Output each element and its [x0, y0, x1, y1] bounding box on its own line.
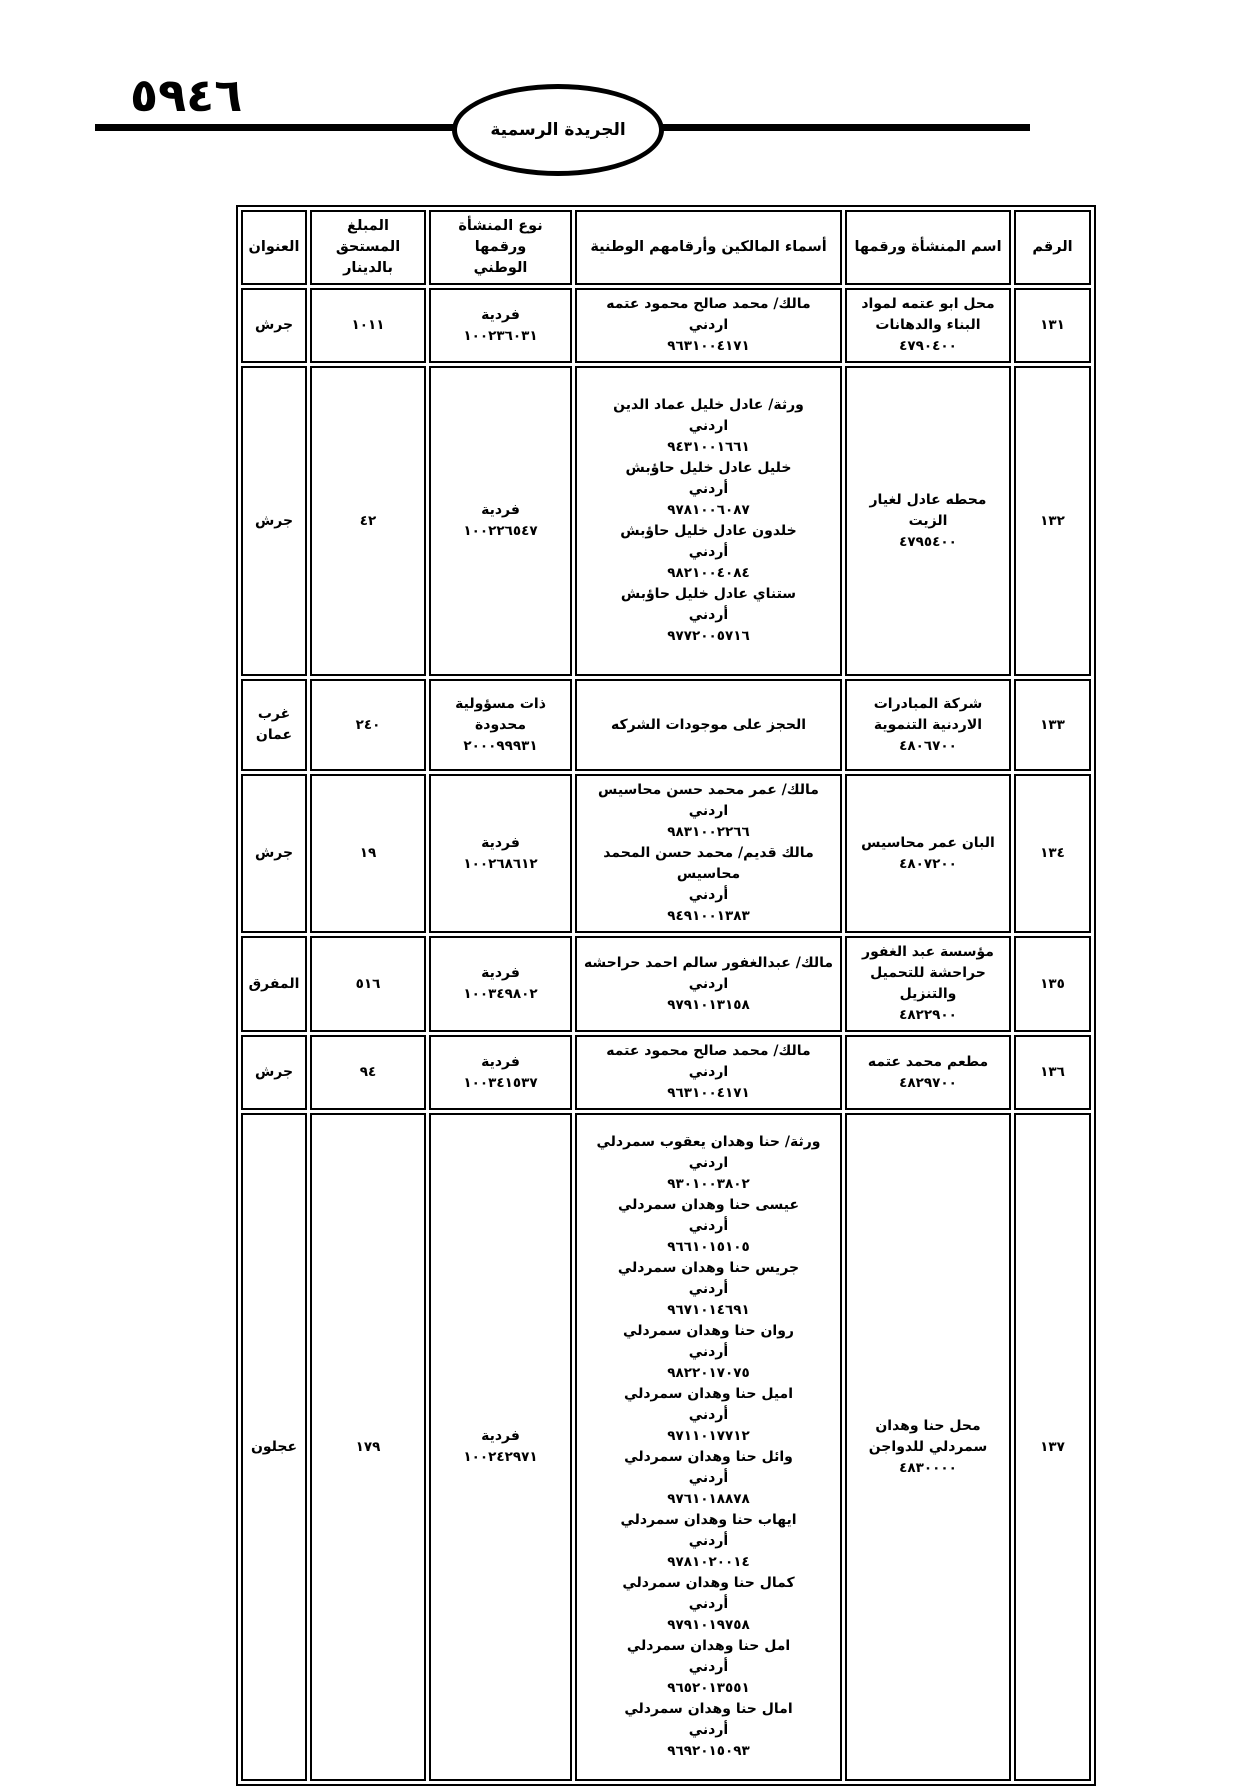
establishment-name: مؤسسة عبد الغفور حراحشة للتحميل والتنزيل: [850, 942, 1006, 1005]
owner-line: أردني: [580, 1657, 837, 1678]
establishment-name: محطه عادل لغيار الزيت: [850, 490, 1006, 532]
owner-line: أردني: [580, 1216, 837, 1237]
cell-amount: ٥١٦: [310, 936, 426, 1032]
cell-establishment: شركة المبادرات الاردنية التنموية٤٨٠٦٧٠٠: [845, 679, 1011, 771]
table-row: ١٣٥مؤسسة عبد الغفور حراحشة للتحميل والتن…: [241, 936, 1091, 1032]
owner-line: امل حنا وهدان سمردلي: [580, 1636, 837, 1657]
owner-line: امال حنا وهدان سمردلي: [580, 1699, 837, 1720]
table-row: ١٣٤البان عمر محاسيس٤٨٠٧٢٠٠مالك/ عمر محمد…: [241, 774, 1091, 933]
establishment-name: شركة المبادرات الاردنية التنموية: [850, 694, 1006, 736]
owner-line: روان حنا وهدان سمردلي: [580, 1321, 837, 1342]
owner-line: مالك/ محمد صالح محمود عتمه: [580, 294, 837, 315]
owner-national-number: ٩٦٥٢٠١٣٥٥١: [580, 1678, 837, 1699]
type-label: فردية: [434, 963, 567, 984]
table-row: ١٣٦مطعم محمد عتمه٤٨٢٩٧٠٠مالك/ محمد صالح …: [241, 1035, 1091, 1110]
col-header-amount: المبلغ المستحقبالدينار: [310, 210, 426, 285]
owner-line: أردني: [580, 1279, 837, 1300]
cell-amount: ٤٢: [310, 366, 426, 676]
table-head: الرقماسم المنشأة ورقمهاأسماء المالكين وأ…: [241, 210, 1091, 285]
owner-national-number: ٩٦٩٢٠١٥٠٩٣: [580, 1741, 837, 1762]
owner-line: أردني: [580, 605, 837, 626]
col-header-type-line1: نوع المنشأة ورقمها: [434, 216, 567, 258]
cell-establishment: مطعم محمد عتمه٤٨٢٩٧٠٠: [845, 1035, 1011, 1110]
cell-number: ١٣٧: [1014, 1113, 1091, 1781]
owner-line: أردني: [580, 885, 837, 906]
owner-line: اميل حنا وهدان سمردلي: [580, 1384, 837, 1405]
cell-type: فردية١٠٠٢٣٦٠٣١: [429, 288, 572, 363]
gazette-page: { "page": { "page_number": "٥٩٤٦", "gaze…: [0, 0, 1241, 1754]
owner-line: كمال حنا وهدان سمردلي: [580, 1573, 837, 1594]
owner-national-number: ٩٣٠١٠٠٣٨٠٢: [580, 1174, 837, 1195]
gazette-table: الرقماسم المنشأة ورقمهاأسماء المالكين وأ…: [236, 205, 1096, 1786]
establishment-number: ٤٨٠٦٧٠٠: [850, 736, 1006, 757]
owner-national-number: ٩٦٧١٠١٤٦٩١: [580, 1300, 837, 1321]
type-label: فردية: [434, 500, 567, 521]
cell-establishment: محل حنا وهدان سمردلي للدواجن٤٨٣٠٠٠٠: [845, 1113, 1011, 1781]
cell-type: فردية١٠٠٣٤٩٨٠٢: [429, 936, 572, 1032]
cell-address: جرش: [241, 774, 307, 933]
col-header-amount-line1: المبلغ المستحق: [315, 216, 421, 258]
owner-line: أردني: [580, 1531, 837, 1552]
cell-type: فردية١٠٠٣٤١٥٣٧: [429, 1035, 572, 1110]
owner-national-number: ٩٧٧٢٠٠٥٧١٦: [580, 626, 837, 647]
col-header-owners: أسماء المالكين وأرقامهم الوطنية: [575, 210, 842, 285]
owner-line: اردني: [580, 315, 837, 336]
type-national-number: ١٠٠٢٢٦٥٤٧: [434, 521, 567, 542]
cell-number: ١٣٤: [1014, 774, 1091, 933]
cell-address: غرب عمان: [241, 679, 307, 771]
cell-owners: ورثة/ عادل خليل عماد الديناردني٩٤٣١٠٠١٦٦…: [575, 366, 842, 676]
owner-line: اردني: [580, 801, 837, 822]
owner-line: مالك/ عبدالغفور سالم احمد حراحشه: [580, 953, 837, 974]
owner-national-number: ٩٨٢٢٠١٧٠٧٥: [580, 1363, 837, 1384]
owner-line: أردني: [580, 542, 837, 563]
cell-amount: ١٩: [310, 774, 426, 933]
cell-number: ١٣٣: [1014, 679, 1091, 771]
owner-national-number: ٩٦٦١٠١٥١٠٥: [580, 1237, 837, 1258]
owner-line: خلدون عادل خليل حاؤبش: [580, 521, 837, 542]
cell-address: عجلون: [241, 1113, 307, 1781]
owner-line: اردني: [580, 974, 837, 995]
cell-establishment: محل ابو عتمه لمواد البناء والدهانات٤٧٩٠٤…: [845, 288, 1011, 363]
owner-national-number: ٩٧٦١٠١٨٨٧٨: [580, 1489, 837, 1510]
type-national-number: ١٠٠٢٦٨٦١٢: [434, 854, 567, 875]
owner-line: ايهاب حنا وهدان سمردلي: [580, 1510, 837, 1531]
owner-line: جريس حنا وهدان سمردلي: [580, 1258, 837, 1279]
owner-line: مالك قديم/ محمد حسن المحمد محاسيس: [580, 843, 837, 885]
table-row: ١٣٣شركة المبادرات الاردنية التنموية٤٨٠٦٧…: [241, 679, 1091, 771]
type-national-number: ١٠٠٣٤١٥٣٧: [434, 1073, 567, 1094]
col-header-number-line1: الرقم: [1019, 237, 1086, 258]
col-header-number: الرقم: [1014, 210, 1091, 285]
col-header-establishment: اسم المنشأة ورقمها: [845, 210, 1011, 285]
type-label: فردية: [434, 833, 567, 854]
owner-line: اردني: [580, 1062, 837, 1083]
table-row: ١٣٧محل حنا وهدان سمردلي للدواجن٤٨٣٠٠٠٠ور…: [241, 1113, 1091, 1781]
type-label: فردية: [434, 305, 567, 326]
cell-number: ١٣٥: [1014, 936, 1091, 1032]
owner-line: خليل عادل خليل حاؤبش: [580, 458, 837, 479]
cell-owners: مالك/ محمد صالح محمود عتمهاردني٩٦٣١٠٠٤١٧…: [575, 288, 842, 363]
owner-line: أردني: [580, 479, 837, 500]
col-header-type: نوع المنشأة ورقمهاالوطني: [429, 210, 572, 285]
owner-national-number: ٩٧٩١٠١٣١٥٨: [580, 995, 837, 1016]
owner-line: ستناي عادل خليل حاؤبش: [580, 584, 837, 605]
cell-owners: الحجز على موجودات الشركه: [575, 679, 842, 771]
cell-owners: ورثة/ حنا وهدان يعقوب سمردلياردني٩٣٠١٠٠٣…: [575, 1113, 842, 1781]
establishment-name: البان عمر محاسيس: [850, 833, 1006, 854]
owner-national-number: ٩٦٣١٠٠٤١٧١: [580, 1083, 837, 1104]
col-header-address-line1: العنوان: [246, 237, 302, 258]
type-national-number: ١٠٠٣٤٩٨٠٢: [434, 984, 567, 1005]
owner-line: أردني: [580, 1342, 837, 1363]
cell-number: ١٣٦: [1014, 1035, 1091, 1110]
table-row: ١٣١محل ابو عتمه لمواد البناء والدهانات٤٧…: [241, 288, 1091, 363]
type-national-number: ٢٠٠٠٩٩٩٣١: [434, 736, 567, 757]
cell-type: فردية١٠٠٢٤٢٩٧١: [429, 1113, 572, 1781]
owner-line: مالك/ عمر محمد حسن محاسيس: [580, 780, 837, 801]
page-number: ٥٩٤٦: [130, 72, 242, 118]
cell-establishment: محطه عادل لغيار الزيت٤٧٩٥٤٠٠: [845, 366, 1011, 676]
owner-line: عيسى حنا وهدان سمردلي: [580, 1195, 837, 1216]
type-national-number: ١٠٠٢٤٢٩٧١: [434, 1447, 567, 1468]
type-label: فردية: [434, 1426, 567, 1447]
owner-line: أردني: [580, 1405, 837, 1426]
owner-line: ورثة/ حنا وهدان يعقوب سمردلي: [580, 1132, 837, 1153]
cell-amount: ٢٤٠: [310, 679, 426, 771]
owner-national-number: ٩٤٣١٠٠١٦٦١: [580, 437, 837, 458]
establishment-name: مطعم محمد عتمه: [850, 1052, 1006, 1073]
owner-line: مالك/ محمد صالح محمود عتمه: [580, 1041, 837, 1062]
establishment-number: ٤٨٢٢٩٠٠: [850, 1005, 1006, 1026]
cell-amount: ١٠١١: [310, 288, 426, 363]
cell-type: فردية١٠٠٢٢٦٥٤٧: [429, 366, 572, 676]
col-header-type-line2: الوطني: [434, 258, 567, 279]
cell-type: فردية١٠٠٢٦٨٦١٢: [429, 774, 572, 933]
table-area: الرقماسم المنشأة ورقمهاأسماء المالكين وأ…: [261, 205, 1096, 1786]
owner-national-number: ٩٧٨١٠٢٠٠١٤: [580, 1552, 837, 1573]
establishment-name: محل حنا وهدان سمردلي للدواجن: [850, 1416, 1006, 1458]
owner-national-number: ٩٨٢١٠٠٤٠٨٤: [580, 563, 837, 584]
owner-line: أردني: [580, 1594, 837, 1615]
owner-line: اردني: [580, 416, 837, 437]
cell-establishment: مؤسسة عبد الغفور حراحشة للتحميل والتنزيل…: [845, 936, 1011, 1032]
cell-address: جرش: [241, 1035, 307, 1110]
cell-type: ذات مسؤولية محدودة٢٠٠٠٩٩٩٣١: [429, 679, 572, 771]
owner-national-number: ٩٤٩١٠٠١٣٨٣: [580, 906, 837, 927]
gazette-title-oval: الجريدة الرسمية: [452, 84, 664, 176]
establishment-number: ٤٧٩٠٤٠٠: [850, 336, 1006, 357]
cell-establishment: البان عمر محاسيس٤٨٠٧٢٠٠: [845, 774, 1011, 933]
cell-number: ١٣٢: [1014, 366, 1091, 676]
header-row: الرقماسم المنشأة ورقمهاأسماء المالكين وأ…: [241, 210, 1091, 285]
establishment-number: ٤٨٢٩٧٠٠: [850, 1073, 1006, 1094]
owner-national-number: ٩٨٣١٠٠٢٢٦٦: [580, 822, 837, 843]
cell-address: المفرق: [241, 936, 307, 1032]
owner-line: ورثة/ عادل خليل عماد الدين: [580, 395, 837, 416]
table-row: ١٣٢محطه عادل لغيار الزيت٤٧٩٥٤٠٠ورثة/ عاد…: [241, 366, 1091, 676]
cell-amount: ٩٤: [310, 1035, 426, 1110]
cell-amount: ١٧٩: [310, 1113, 426, 1781]
col-header-amount-line2: بالدينار: [315, 258, 421, 279]
owner-national-number: ٩٦٣١٠٠٤١٧١: [580, 336, 837, 357]
type-label: ذات مسؤولية محدودة: [434, 694, 567, 736]
owner-line: أردني: [580, 1720, 837, 1741]
type-label: فردية: [434, 1052, 567, 1073]
establishment-number: ٤٨٣٠٠٠٠: [850, 1458, 1006, 1479]
page-header: ٥٩٤٦ الجريدة الرسمية: [0, 0, 1241, 205]
establishment-number: ٤٧٩٥٤٠٠: [850, 532, 1006, 553]
cell-address: جرش: [241, 366, 307, 676]
table-body: ١٣١محل ابو عتمه لمواد البناء والدهانات٤٧…: [241, 288, 1091, 1781]
owner-national-number: ٩٧١١٠١٧٧١٢: [580, 1426, 837, 1447]
col-header-establishment-line1: اسم المنشأة ورقمها: [850, 237, 1006, 258]
cell-owners: مالك/ عمر محمد حسن محاسيساردني٩٨٣١٠٠٢٢٦٦…: [575, 774, 842, 933]
cell-number: ١٣١: [1014, 288, 1091, 363]
establishment-name: محل ابو عتمه لمواد البناء والدهانات: [850, 294, 1006, 336]
col-header-owners-line1: أسماء المالكين وأرقامهم الوطنية: [580, 237, 837, 258]
cell-owners: مالك/ محمد صالح محمود عتمهاردني٩٦٣١٠٠٤١٧…: [575, 1035, 842, 1110]
owner-line: الحجز على موجودات الشركه: [580, 715, 837, 736]
type-national-number: ١٠٠٢٣٦٠٣١: [434, 326, 567, 347]
establishment-number: ٤٨٠٧٢٠٠: [850, 854, 1006, 875]
owner-line: أردني: [580, 1468, 837, 1489]
owner-national-number: ٩٧٨١٠٠٦٠٨٧: [580, 500, 837, 521]
cell-owners: مالك/ عبدالغفور سالم احمد حراحشهاردني٩٧٩…: [575, 936, 842, 1032]
col-header-address: العنوان: [241, 210, 307, 285]
cell-address: جرش: [241, 288, 307, 363]
owner-national-number: ٩٧٩١٠١٩٧٥٨: [580, 1615, 837, 1636]
owner-line: وائل حنا وهدان سمردلي: [580, 1447, 837, 1468]
owner-line: اردني: [580, 1153, 837, 1174]
gazette-title: الجريدة الرسمية: [490, 120, 625, 140]
